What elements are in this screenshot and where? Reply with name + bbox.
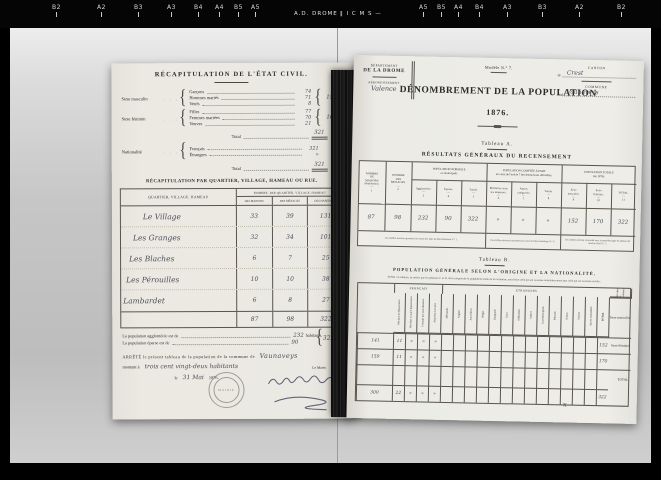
close-brace: { (314, 108, 321, 128)
value-cell (476, 386, 488, 402)
value-cell (453, 334, 465, 350)
empty-cell (428, 365, 440, 385)
column-header: TOTAL. — 11 (610, 183, 636, 209)
commune-handwritten: Vaunaveys (562, 88, 635, 98)
ruler-mark: B5 (437, 4, 446, 17)
column-header: NOMBRE DES MÉNAGES. — 2 (384, 162, 411, 205)
empty-cell (476, 366, 488, 386)
empty-cell (584, 368, 596, 388)
totals-spacer (121, 312, 237, 327)
value-cell (536, 387, 548, 403)
value-cell: 159 (357, 348, 393, 365)
total-menages: 98 (273, 312, 309, 327)
empty-cell (536, 367, 548, 387)
empty-cell (416, 365, 428, 385)
table-footnote: Ces chiffres doivent concorder avec ceux… (484, 233, 559, 250)
value-cell (537, 335, 549, 351)
value-cell (500, 387, 512, 403)
commune-handwritten: Vaunaveys (260, 352, 298, 360)
cell-maisons: 6 (237, 290, 273, 311)
row-label: Veuves (189, 121, 202, 127)
title-rule (214, 82, 248, 83)
value-cell (525, 335, 537, 351)
quartier-table-title: RÉCAPITULATION PAR QUARTIER, VILLAGE, HA… (112, 179, 352, 185)
table-footnote: Ces chiffres doivent reproduire les tota… (358, 230, 485, 248)
stamp-text: MAIRIE (213, 377, 239, 403)
value-cell: 152 (597, 337, 609, 353)
ruler-mark: B3 (538, 4, 547, 17)
value-cell (513, 351, 525, 367)
value-cell (465, 334, 477, 350)
ruler-mark: A5 (251, 4, 260, 17)
cell-maisons: 10 (237, 269, 273, 289)
column-header: Polonais (549, 296, 562, 336)
date-prefix: le (174, 375, 177, 380)
row-label: TOTAL (608, 369, 630, 389)
column-group-header: POPULATION NORMALE ou municipale. (411, 162, 486, 181)
value-cell: 22 (392, 384, 404, 400)
value-cell (548, 352, 560, 368)
group-label: Sexe féminin (122, 116, 164, 121)
divider-rule (487, 149, 507, 150)
value-cell (561, 336, 573, 352)
empty-cell (392, 364, 404, 384)
canton-commune-box: CANTON de Crest COMMUNE de Vaunaveys (557, 65, 636, 100)
column-header: Belges (477, 294, 490, 334)
population-eparse-line: La population éparse est de 90 (122, 339, 322, 346)
column-group-header: POPULATION TOTALE (en 1876). (561, 165, 636, 184)
group-label: Sexe masculin (121, 96, 163, 101)
de-prefix: de (557, 92, 560, 96)
table-row: Les Pérouilles 10 10 38 (121, 269, 343, 291)
etat-civil-total: Total 321 (122, 130, 342, 141)
ruler-mark: A4 (215, 4, 224, 17)
value-cell: » (417, 333, 429, 349)
right-page-header: DÉPARTEMENT DE LA DROME ARRONDISSEMENT V… (352, 55, 644, 145)
column-header: TOTAL (597, 297, 610, 337)
empty-cell (548, 368, 560, 388)
value-cell (440, 385, 452, 401)
column-header: Alsaciens-Lorrains (429, 293, 442, 333)
value-cell (465, 350, 477, 366)
totals-row: 87 98 322 (121, 311, 343, 328)
cell-menages: 10 (273, 269, 309, 289)
column-group-header: POPULATION COMPTÉE À PART en vertu de l'… (486, 164, 561, 183)
cell-menages: 39 (273, 206, 309, 226)
value-cell (573, 336, 585, 352)
value-cell: 87 (358, 203, 385, 231)
value-cell (489, 350, 501, 366)
value-cell (548, 388, 560, 404)
column-header: Totale. — 5 (460, 180, 486, 206)
mairie-stamp: MAIRIE (208, 372, 244, 408)
total-value: 321 (311, 130, 328, 140)
scanner-bed: RÉCAPITULATION DE L'ÉTAT CIVIL. Sexe mas… (10, 28, 651, 463)
ruler-mark: A3 (167, 4, 176, 17)
value-cell: 170 (596, 353, 608, 369)
quartier-name: Les Pérouilles (121, 269, 237, 289)
ruler-mark: A2 (575, 4, 584, 17)
column-header: Éparse. — 4 (435, 180, 461, 206)
total-value: 321 (311, 162, 328, 172)
leader-dots: . . . (163, 96, 179, 101)
etat-civil-row: Veufs 8 (189, 101, 311, 107)
table-row: Les Granges 32 34 101 (121, 227, 343, 249)
empty-cell (500, 367, 512, 387)
table-row: Le Village 33 39 131 (121, 206, 343, 228)
column-group-header: FRANÇAIS (394, 283, 442, 293)
total-label: Total (232, 166, 241, 172)
film-ruler-strip: B2 A2 B3 A3 B4 A4 B5 A5 A.D. DROME ‖ I C… (0, 0, 661, 28)
value-cell (549, 336, 561, 352)
column-header: Autres nationalités (585, 296, 598, 336)
handwritten-check-mark: x (563, 400, 567, 408)
de-prefix: de (558, 73, 561, 77)
ruler-mark: B4 (475, 4, 484, 17)
table-footnote: Ces chiffres doivent concorder avec la p… (559, 234, 634, 251)
arrete-line: ARRÊTÉ le présent tableau de la populati… (122, 352, 342, 361)
row-label: Sexe masculin (609, 297, 632, 337)
value-cell (501, 335, 513, 351)
value-cell (464, 386, 476, 402)
quartier-name: Le Village (121, 206, 237, 226)
value-cell: 322 (460, 205, 486, 233)
empty-cell (560, 368, 572, 388)
date-handwritten: 31 Mai (183, 374, 204, 381)
column-header: Nés dans le département (393, 292, 406, 332)
ruler-mark: A2 (97, 4, 106, 17)
value-cell (572, 352, 584, 368)
left-page-title: RÉCAPITULATION DE L'ÉTAT CIVIL. (111, 63, 351, 79)
group-label: Nationalité (122, 149, 164, 154)
value-cell: 98 (384, 204, 411, 232)
column-header: NOMBRE DE MAISONS d'habitation. — 1 (358, 161, 385, 204)
row-label: Étrangers (190, 152, 207, 158)
divider-rule (485, 265, 505, 266)
quartier-table-header: QUARTIER, VILLAGE, HAMEAU NOMBRE, PAR QU… (121, 189, 343, 207)
empty-cell (356, 364, 392, 385)
nationality-group: Nationalité . . . { Français 321 Étrange… (122, 144, 342, 160)
open-brace: { (179, 108, 186, 128)
left-page-footer: La population agglomérée est de 232 habi… (112, 328, 352, 382)
column-header: Sexe masculin. — 9 (560, 182, 586, 208)
total-maisons: 87 (237, 312, 273, 327)
leader-dots: . . . (164, 116, 180, 121)
column-header: Totale. — 8 (535, 182, 561, 208)
modele-text: Modèle N.° 7. (485, 65, 513, 71)
etat-civil-grand-total: Total 321 (122, 162, 342, 173)
empty-cell (452, 366, 464, 386)
ruler-mark: B2 (617, 4, 626, 17)
column-header: Hollandais (513, 295, 526, 335)
close-brace: { (314, 88, 321, 108)
canton-handwritten: Crest (563, 69, 636, 79)
value-cell: » (405, 349, 417, 365)
title-flourish (478, 126, 518, 128)
value-cell: 141 (357, 332, 393, 349)
column-header: Allemands (441, 293, 454, 333)
arrete-text: ARRÊTÉ le présent tableau de la populati… (122, 354, 255, 359)
column-header: Français par naturalisation (417, 293, 430, 333)
value-cell (477, 350, 489, 366)
value-cell (477, 334, 489, 350)
open-brace: { (179, 88, 186, 108)
film-scale-label: ‖ I C M S — (340, 11, 382, 17)
column-header: Nés dans un autre département (405, 293, 418, 333)
value-cell: 232 (410, 204, 436, 232)
table-row: Les Blaches 6 7 25 (121, 248, 343, 270)
empty-cell (440, 365, 452, 385)
column-header: Italiens (525, 295, 538, 335)
quartier-name: Lambardet (121, 290, 237, 311)
value-cell: » (416, 385, 428, 401)
row-label: Veufs (189, 101, 199, 107)
cell-menages: 7 (273, 248, 309, 268)
column-header: DES MÉNAGES (273, 197, 309, 205)
value-cell: » (429, 333, 441, 349)
tableau-b: FRANÇAIS ÉTRANGERS Nés dans la commune N… (355, 282, 631, 407)
tableau-a: NOMBRE DE MAISONS d'habitation. — 1 NOMB… (356, 160, 635, 252)
value-cell (512, 387, 524, 403)
leader-dots: . . . (164, 149, 180, 154)
cell-maisons: 32 (237, 227, 273, 247)
value-cell: » (404, 385, 416, 401)
column-header: Militaires sous les drapeaux. — 6 (485, 181, 511, 207)
cell-maisons: 6 (237, 248, 273, 268)
page-fold-line (337, 416, 338, 463)
cell-menages: 34 (273, 227, 309, 247)
value-cell: » (535, 207, 561, 235)
montant-handwritten: trois cent vingt-deux habitants (145, 363, 238, 370)
male-group: Sexe masculin . . . { Garçons 74 Hommes … (121, 89, 341, 108)
value-cell (488, 386, 500, 402)
empty-cell (488, 366, 500, 386)
ruler-mark: A5 (419, 4, 428, 17)
value-cell: 11 (393, 332, 405, 348)
ruler-mark: A3 (503, 4, 512, 17)
divider-rule (491, 72, 507, 73)
row-value: » (305, 151, 319, 157)
value-cell: 90 (435, 205, 461, 233)
quartier-name: Les Granges (121, 227, 237, 247)
column-header: Sexe féminin. — 10 (585, 183, 611, 209)
etat-civil-row: Veuves 21 (189, 121, 311, 127)
value-cell: » (485, 206, 511, 234)
column-header: Luxembourgeois (537, 295, 550, 335)
table-row: Lambardet 6 8 27 (121, 290, 343, 312)
ruler-mark: B4 (194, 4, 203, 17)
etat-civil-block: Sexe masculin . . . { Garçons 74 Hommes … (111, 89, 351, 173)
value-cell: 170 (585, 208, 611, 236)
ruler-mark: A4 (454, 4, 463, 17)
value-cell (513, 335, 525, 351)
column-header: Suisses (573, 296, 586, 336)
row-value: 21 (297, 121, 311, 127)
ruler-mark: B2 (52, 4, 61, 17)
close-brace: { (316, 328, 323, 348)
value-cell (584, 388, 596, 404)
column-header: Grecs (501, 295, 514, 335)
cell-maisons: 33 (237, 206, 273, 226)
value-cell (584, 352, 596, 368)
value-cell (441, 349, 453, 365)
female-group: Sexe féminin . . . { Filles 77 Femmes ma… (122, 109, 342, 128)
total-label: Total (232, 134, 241, 140)
quartier-table: QUARTIER, VILLAGE, HAMEAU NOMBRE, PAR QU… (120, 188, 344, 329)
value-cell (453, 350, 465, 366)
column-header: Nés dans la commune (610, 288, 632, 297)
value-cell: » (510, 206, 536, 234)
value-cell (524, 387, 536, 403)
montant-label: montant à (122, 364, 139, 369)
right-page: DÉPARTEMENT DE LA DROME ARRONDISSEMENT V… (346, 55, 644, 424)
column-header: Autres catégories. — 7 (510, 181, 536, 207)
value-cell: 11 (393, 348, 405, 364)
value-cell (536, 351, 548, 367)
value-cell (489, 334, 501, 350)
open-brace: { (179, 142, 186, 162)
left-page: RÉCAPITULATION DE L'ÉTAT CIVIL. Sexe mas… (111, 63, 352, 420)
empty-cell (596, 369, 608, 389)
quartier-name: Les Blaches (121, 248, 237, 268)
column-header: Autrichiens (465, 294, 478, 334)
value-cell: » (428, 385, 440, 401)
empty-cell (464, 366, 476, 386)
value-cell (585, 336, 597, 352)
value-cell (501, 351, 513, 367)
value-cell (452, 386, 464, 402)
divider-rule (581, 81, 611, 83)
row-label-header (357, 283, 394, 333)
value-cell (560, 352, 572, 368)
ruler-mark: B5 (234, 4, 243, 17)
value-cell: » (417, 349, 429, 365)
column-header: Espagnols (489, 294, 502, 334)
cell-menages: 8 (273, 290, 309, 311)
empty-cell (572, 368, 584, 388)
value-cell (572, 388, 584, 404)
line-value: 90 (291, 339, 298, 346)
etat-civil-row: Étrangers » (190, 151, 319, 157)
value-cell: 322 (596, 389, 608, 405)
column-header: DES MAISONS (237, 197, 273, 205)
column-header: Anglais (453, 294, 466, 334)
value-cell: » (405, 333, 417, 349)
value-cell: 152 (560, 207, 586, 235)
empty-cell (404, 365, 416, 385)
census-year: 1876. (353, 105, 643, 120)
empty-cell (524, 367, 536, 387)
value-cell: 322 (610, 208, 636, 236)
column-header: QUARTIER, VILLAGE, HAMEAU (121, 189, 237, 205)
row-label: Sexe féminin (609, 337, 631, 353)
empty-cell (512, 367, 524, 387)
value-cell: 300 (356, 384, 392, 401)
value-cell (441, 333, 453, 349)
column-header: Agglomérée. — 3 (410, 179, 436, 205)
archive-label: A.D. DROME (294, 11, 338, 17)
value-cell (525, 351, 537, 367)
row-value: 8 (297, 101, 311, 107)
ruler-mark: B3 (134, 4, 143, 17)
divider-rule (372, 76, 396, 78)
line-label: La population éparse est de (122, 340, 169, 347)
value-cell: » (429, 349, 441, 365)
row-label (608, 353, 630, 369)
column-header: Russes (561, 296, 574, 336)
